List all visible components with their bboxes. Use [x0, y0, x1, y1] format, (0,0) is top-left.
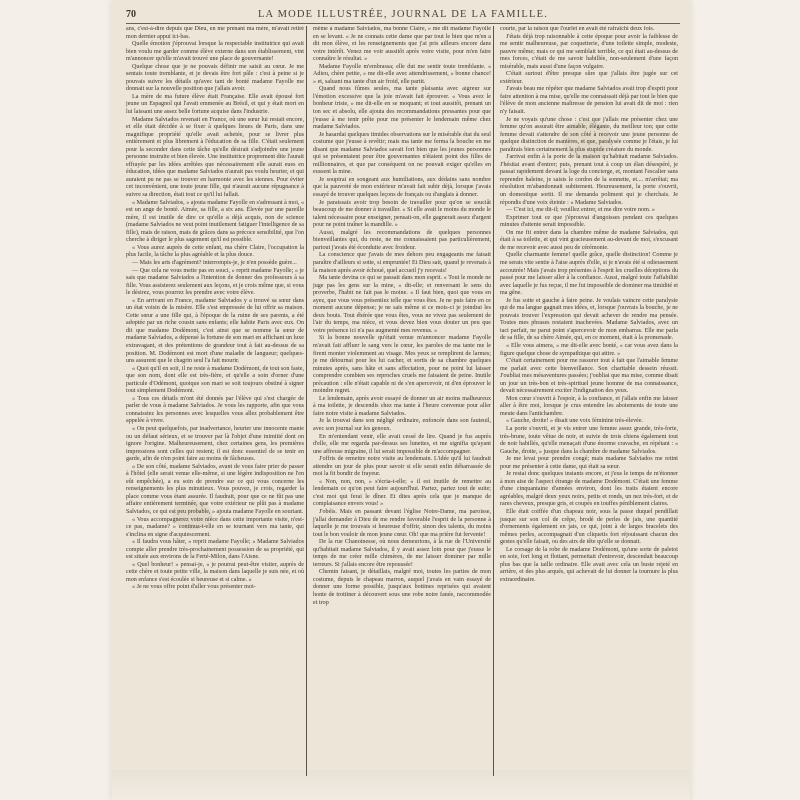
paragraph: La conscience que j'avais de mes dehors … [313, 252, 491, 275]
paragraph: Mon cœur s'ouvrit à l'espoir, à la confi… [500, 396, 678, 419]
paragraph: Je restai donc quelques instants encore,… [500, 471, 678, 509]
paragraph: — Que cela ne vous mette pas en souci, »… [126, 268, 304, 298]
column-left: ans, c'est-à-dire depuis que Dieu, en me… [126, 26, 304, 776]
paragraph: « Quoi qu'il en soit, il ne reste à mada… [126, 366, 304, 396]
paragraph: ans, c'est-à-dire depuis que Dieu, en me… [126, 26, 304, 41]
paragraph: Si la bonne nouvelle qu'était venue m'an… [313, 335, 491, 395]
paragraph: Exprimer tout ce que j'éprouvai d'angois… [500, 215, 678, 230]
paragraph: « En arrivant en France, madame Salviado… [126, 298, 304, 366]
paragraph: « Tous ces détails m'ont été donnés par … [126, 396, 304, 426]
paragraph: « Il faudra vous hâter, » reprit madame … [126, 539, 304, 562]
newspaper-page: 70 LA MODE ILLUSTRÉE, JOURNAL DE LA FAMI… [112, 0, 690, 800]
paragraph: Aussi, malgré les recommandations de que… [313, 230, 491, 253]
paragraph: Quelle émotion j'éprouvai lorsque la res… [126, 41, 304, 64]
paragraph: « Vous aurez auprès de cette enfant, ma … [126, 245, 304, 260]
paragraph: Je ne voyais qu'une chose : c'est que j'… [500, 117, 678, 155]
header-rule [126, 23, 680, 24]
paragraph: Je soupirai en songeant aux humiliations… [313, 177, 491, 200]
paragraph: « On peut quelquefois, par inadvertance,… [126, 426, 304, 464]
paragraph: courte, par la raison que l'ourlet en av… [500, 26, 678, 34]
paragraph: J'offris de remettre notre visite au len… [313, 456, 491, 479]
paragraph: J'étais déjà trop raisonnable à cette ép… [500, 34, 678, 72]
paragraph: Elle était coiffée d'un chapeau noir, so… [500, 509, 678, 547]
paragraph: Chemin faisant, je détaillais, malgré mo… [313, 569, 491, 607]
text-columns: ans, c'est-à-dire depuis que Dieu, en me… [126, 26, 680, 776]
paragraph: C'était surtout d'être presque sûre que … [500, 71, 678, 86]
paragraph: Je paraissais avoir trop besoin de trava… [313, 200, 491, 230]
paragraph: — Mais les arts d'agrément? interrompis-… [126, 260, 304, 268]
paragraph: J'obéis. Mais en passant devant l'église… [313, 509, 491, 539]
paragraph: Je la trouvai dans son négligé ordinaire… [313, 418, 491, 433]
paragraph: « Gauche, droite! » disait une voix fémi… [500, 418, 678, 426]
paragraph: — C'est ici, me dit-il; veuillez entrer,… [500, 207, 678, 215]
paragraph: De la rue Chanoinesse, où nous demeurion… [313, 539, 491, 569]
paragraph: « De son côté, madame Salviados, avant d… [126, 464, 304, 517]
paragraph: C'était certainement pour me rassurer to… [500, 358, 678, 396]
paragraph: J'avais beau me répéter que madame Salvi… [500, 86, 678, 116]
paragraph: Madame Fayolle m'embrassa; elle dut me s… [313, 64, 491, 87]
paragraph: Je me levai pour prendre congé; mais mad… [500, 456, 678, 471]
paragraph: même à madame Salviados, ma bonne Claire… [313, 26, 491, 64]
paragraph: On me fit entrer dans la chambre même de… [500, 230, 678, 253]
paragraph: La porte s'ouvrit, et je vis entrer une … [500, 426, 678, 456]
paragraph: Quelle charmante femme! quelle grâce, qu… [500, 252, 678, 297]
paragraph: « Vous accompagnerez votre nièce dans ce… [126, 517, 304, 540]
paragraph: « Je ne vous offre point d'aller vous pr… [126, 584, 304, 592]
paragraph: « Quel bonheur! » pensai-je, « je pourra… [126, 562, 304, 585]
paragraph: Je fus sotte et gauche à faire peine. Je… [500, 298, 678, 343]
page-header: 70 LA MODE ILLUSTRÉE, JOURNAL DE LA FAMI… [126, 4, 680, 24]
paragraph: Madame Salviados revenait en France, où … [126, 117, 304, 200]
paragraph: En m'entendant venir, elle avait cessé d… [313, 434, 491, 457]
paragraph: Je hasardai quelques timides observation… [313, 132, 491, 177]
paragraph: Ma tante devina ce qui se passait dans m… [313, 275, 491, 335]
paragraph: « Madame Salviados, » ajouta madame Fayo… [126, 200, 304, 245]
running-title: LA MODE ILLUSTRÉE, JOURNAL DE LA FAMILLE… [166, 9, 640, 20]
column-middle: même à madame Salviados, ma bonne Claire… [306, 26, 491, 776]
paragraph: J'arrivai enfin à la porte de la maison … [500, 154, 678, 207]
paragraph: La mère de ma future élève était Françai… [126, 94, 304, 117]
paragraph: « Non, non, non, » s'écria-t-elle; « il … [313, 479, 491, 509]
paragraph: Le corsage de la robe de madame Dodémont… [500, 547, 678, 585]
paragraph: Quand nous fûmes seules, ma tante plaisa… [313, 86, 491, 131]
column-right: courte, par la raison que l'ourlet en av… [493, 26, 678, 776]
paragraph: « Elle vous aimera, » me dit-elle avec b… [500, 343, 678, 358]
paragraph: Quelque chose que je ne pouvais définir … [126, 64, 304, 94]
paragraph: Le lendemain, après avoir essayé de donn… [313, 396, 491, 419]
page-number: 70 [126, 9, 166, 20]
